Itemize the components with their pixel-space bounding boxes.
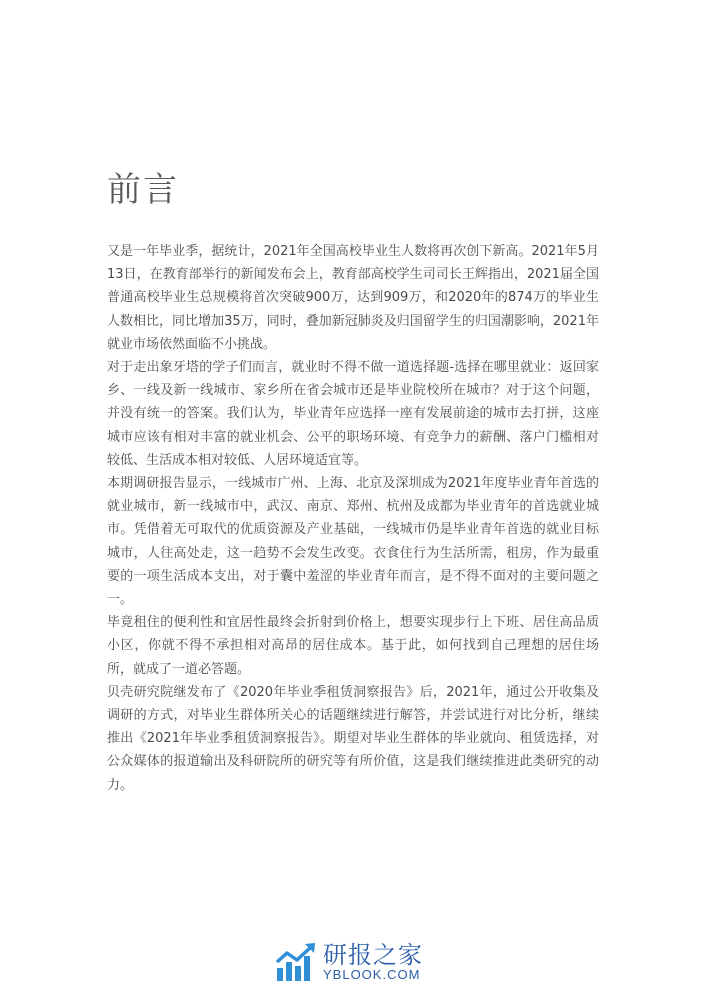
footer-logo: 研报之家 YBLOOK.COM <box>275 940 423 984</box>
paragraph-1: 又是一年毕业季，据统计，2021年全国高校毕业生人数将再次创下新高。2021年5… <box>107 240 599 356</box>
document-body: 又是一年毕业季，据统计，2021年全国高校毕业生人数将再次创下新高。2021年5… <box>107 240 599 797</box>
page-title: 前言 <box>107 168 179 212</box>
document-page: 前言 又是一年毕业季，据统计，2021年全国高校毕业生人数将再次创下新高。202… <box>0 0 702 991</box>
paragraph-3: 本期调研报告显示，一线城市广州、上海、北京及深圳成为2021年度毕业青年首选的就… <box>107 472 599 611</box>
logo-chinese-text: 研报之家 <box>323 942 423 968</box>
paragraph-2: 对于走出象牙塔的学子们而言，就业时不得不做一道选择题-选择在哪里就业：返回家乡、… <box>107 356 599 472</box>
paragraph-4: 毕竟租住的便利性和宜居性最终会折射到价格上，想要实现步行上下班、居住高品质小区，… <box>107 611 599 681</box>
logo-english-text: YBLOOK.COM <box>323 968 423 982</box>
paragraph-5: 贝壳研究院继发布了《2020年毕业季租赁洞察报告》后，2021年，通过公开收集及… <box>107 681 599 797</box>
rising-bar-chart-icon <box>275 942 317 982</box>
